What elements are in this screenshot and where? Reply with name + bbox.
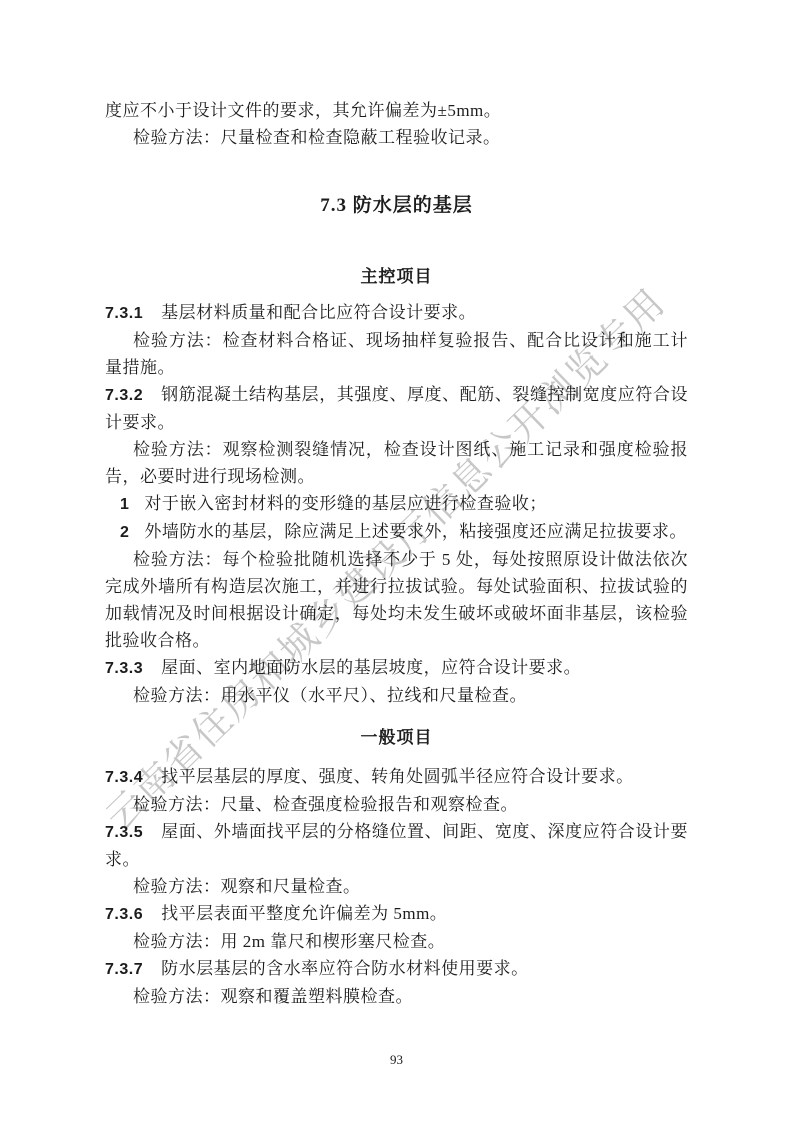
section-heading: 7.3 防水层的基层 [105, 192, 688, 220]
sub-item-text: 外墙防水的基层，除应满足上述要求外，粘接强度还应满足拉拔要求。 [144, 522, 687, 541]
page-number: 93 [0, 1050, 793, 1070]
clause-text: 基层材料质量和配合比应符合设计要求。 [161, 303, 476, 322]
method-paragraph: 检验方法：尺量检查和检查隐蔽工程验收记录。 [105, 124, 688, 151]
clause-number: 7.3.3 [105, 660, 143, 677]
method-paragraph: 检验方法：检查材料合格证、现场抽样复验报告、配合比设计和施工计量措施。 [105, 327, 688, 381]
clause-number: 7.3.1 [105, 305, 143, 322]
clause-7-3-7: 7.3.7防水层基层的含水率应符合防水材料使用要求。 [105, 955, 688, 983]
clause-7-3-3: 7.3.3屋面、室内地面防水层的基层坡度，应符合设计要求。 [105, 654, 688, 682]
clause-7-3-4: 7.3.4找平层基层的厚度、强度、转角处圆弧半径应符合设计要求。 [105, 763, 688, 791]
clause-text: 钢筋混凝土结构基层，其强度、厚度、配筋、裂缝控制宽度应符合设计要求。 [105, 385, 688, 432]
clause-text: 防水层基层的含水率应符合防水材料使用要求。 [161, 959, 529, 978]
clause-number: 7.3.7 [105, 961, 143, 978]
method-paragraph: 检验方法：观察和尺量检查。 [105, 873, 688, 900]
sub-item-1: 1对于嵌入密封材料的变形缝的基层应进行检查验收； [105, 490, 688, 518]
sub-item-number: 1 [120, 496, 129, 513]
clause-text: 屋面、外墙面找平层的分格缝位置、间距、宽度、深度应符合设计要求。 [105, 822, 688, 869]
method-paragraph: 检验方法：观察和覆盖塑料膜检查。 [105, 983, 688, 1010]
group-heading-general-items: 一般项目 [105, 724, 688, 752]
sub-item-number: 2 [120, 524, 129, 541]
clause-7-3-5: 7.3.5屋面、外墙面找平层的分格缝位置、间距、宽度、深度应符合设计要求。 [105, 818, 688, 873]
clause-7-3-6: 7.3.6找平层表面平整度允许偏差为 5mm。 [105, 900, 688, 928]
clause-number: 7.3.5 [105, 824, 143, 841]
clause-number: 7.3.4 [105, 769, 143, 786]
group-heading-master-items: 主控项目 [105, 263, 688, 291]
clause-number: 7.3.6 [105, 906, 143, 923]
clause-7-3-1: 7.3.1基层材料质量和配合比应符合设计要求。 [105, 299, 688, 327]
sub-item-2: 2外墙防水的基层，除应满足上述要求外，粘接强度还应满足拉拔要求。 [105, 518, 688, 546]
method-paragraph: 检验方法：观察检测裂缝情况，检查设计图纸、施工记录和强度检验报告，必要时进行现场… [105, 436, 688, 490]
document-content: 度应不小于设计文件的要求，其允许偏差为±5mm。 检验方法：尺量检查和检查隐蔽工… [105, 0, 688, 1010]
continuation-paragraph: 度应不小于设计文件的要求，其允许偏差为±5mm。 [105, 97, 688, 124]
clause-text: 屋面、室内地面防水层的基层坡度，应符合设计要求。 [161, 658, 581, 677]
method-paragraph: 检验方法：每个检验批随机选择不少于 5 处，每处按照原设计做法依次完成外墙所有构… [105, 546, 688, 654]
clause-text: 找平层表面平整度允许偏差为 5mm。 [161, 904, 447, 923]
method-paragraph: 检验方法：尺量、检查强度检验报告和观察检查。 [105, 791, 688, 818]
clause-text: 找平层基层的厚度、强度、转角处圆弧半径应符合设计要求。 [161, 767, 634, 786]
method-paragraph: 检验方法：用水平仪（水平尺）、拉线和尺量检查。 [105, 682, 688, 709]
method-paragraph: 检验方法：用 2m 靠尺和楔形塞尺检查。 [105, 928, 688, 955]
document-page: 云南省住房和城乡建设厅信息公开浏览专用 度应不小于设计文件的要求，其允许偏差为±… [0, 0, 793, 1122]
clause-7-3-2: 7.3.2钢筋混凝土结构基层，其强度、厚度、配筋、裂缝控制宽度应符合设计要求。 [105, 381, 688, 436]
clause-number: 7.3.2 [105, 387, 143, 404]
sub-item-text: 对于嵌入密封材料的变形缝的基层应进行检查验收； [144, 494, 547, 513]
